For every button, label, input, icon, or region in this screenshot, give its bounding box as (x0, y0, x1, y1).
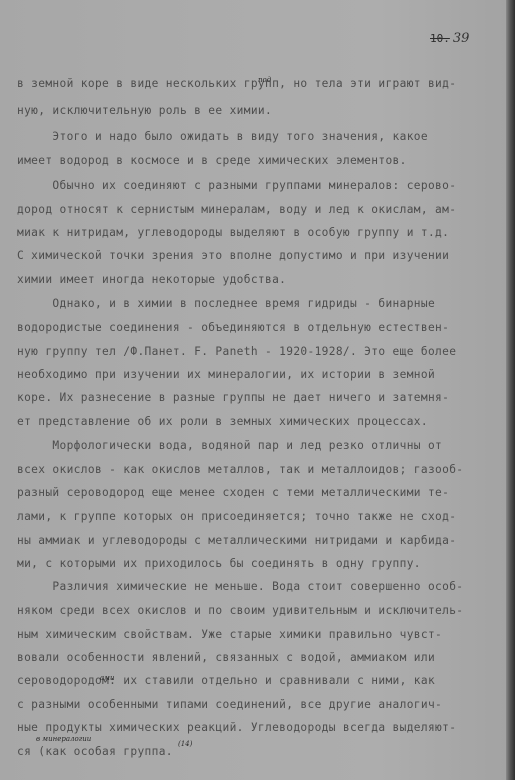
text-line: имеет водород в космосе и в среде химиче… (17, 154, 407, 167)
page-number-typed: 10. (430, 32, 450, 45)
text-line: с разными особенными типами соединений, … (17, 698, 442, 711)
text-line: разный сероводород еще менее сходен с те… (17, 486, 449, 499)
text-line: сероводородом: их ставили отдельно и сра… (17, 674, 435, 687)
page-number-handwritten: 39 (453, 31, 470, 46)
text-line: дород относят к сернистым минералам, вод… (17, 203, 456, 216)
text-line: Различия химические не меньше. Вода стои… (17, 580, 463, 593)
text-line: химии имеет иногда некоторые удобства. (17, 273, 286, 286)
handwritten-annotation: под (258, 76, 271, 84)
page-number: 10.39 (430, 31, 469, 46)
handwritten-annotation: (14) (178, 740, 192, 748)
text-line: необходимо при изучении их минералогии, … (17, 368, 435, 381)
text-line: ми, с которыми их приходилось бы соединя… (17, 557, 421, 570)
text-line: С химической точки зрения это вполне доп… (17, 249, 449, 262)
text-line: лами, к группе которых он присоединяется… (17, 510, 456, 523)
text-line: Морфологически вода, водяной пар и лед р… (17, 439, 442, 452)
text-line: всех окислов - как окислов металлов, так… (17, 463, 463, 476)
handwritten-annotation: ами (100, 674, 115, 682)
text-line: Обычно их соединяют с разными группами м… (17, 179, 456, 192)
text-line: няком среди всех окислов и по своим удив… (17, 604, 463, 617)
text-line: ны аммиак и углеводороды с металлическим… (17, 534, 456, 547)
text-line: ся (как особая группа. (17, 745, 173, 758)
handwritten-annotation: в минералогии (36, 735, 91, 743)
text-line: вовали особенности явлений, связанных с … (17, 651, 435, 664)
text-line: миак к нитридам, углеводороды выделяют в… (17, 226, 449, 239)
text-line: Однако, и в химии в последнее время гидр… (17, 297, 435, 310)
page-edge-shadow (506, 0, 515, 780)
text-line: ет представление об их роли в земных хим… (17, 415, 428, 428)
text-line: в земной коре в виде нескольких групп, н… (17, 77, 456, 90)
text-line: ную группу тел /Ф.Панет. F. Paneth - 192… (17, 345, 456, 358)
text-line: ным химическим свойствам. Уже старые хим… (17, 628, 442, 641)
text-line: ную, исключительную роль в ее химии. (17, 104, 272, 117)
text-line: коре. Их разнесение в разные группы не д… (17, 391, 449, 404)
text-line: ные продукты химических реакций. Углевод… (17, 721, 456, 734)
document-page: 10.39 в земной коре в виде нескольких гр… (0, 0, 506, 780)
text-line: Этого и надо было ожидать в виду того зн… (17, 130, 428, 143)
text-line: водородистые соединения - объединяются в… (17, 321, 449, 334)
